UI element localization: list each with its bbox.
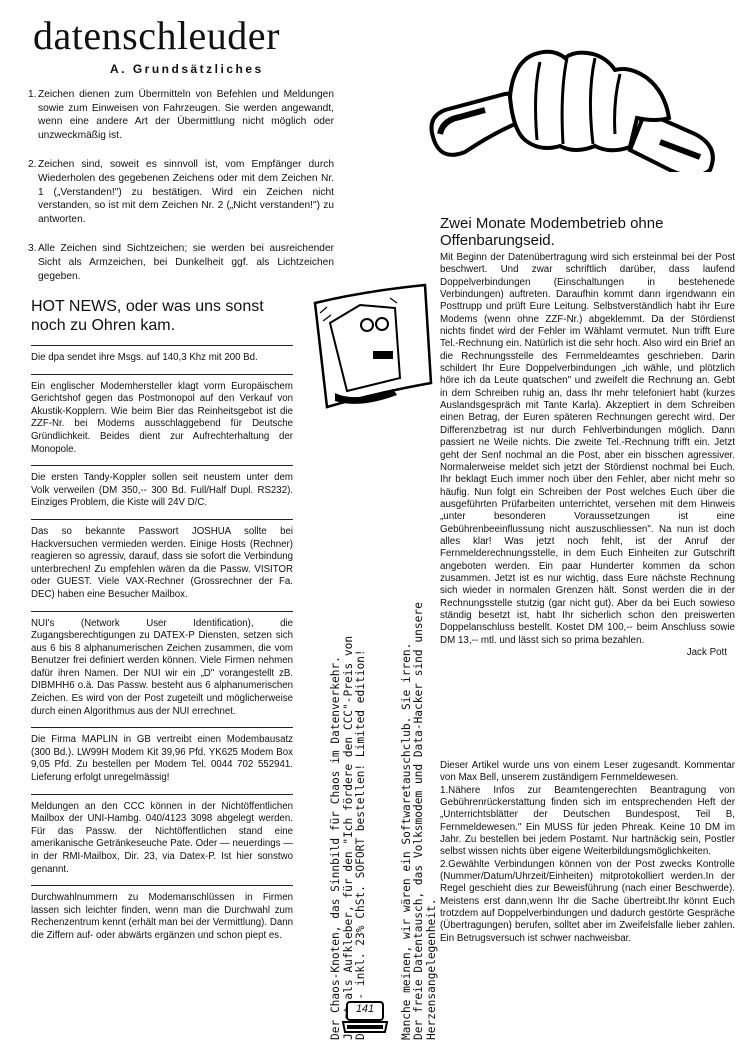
section-title: A. Grundsätzliches	[110, 62, 264, 76]
masthead-title: datenschleuder	[33, 14, 280, 58]
rule-item: 2. Zeichen sind, soweit es sinnvoll ist,…	[28, 158, 334, 226]
news-item: Das so bekannte Passwort JOSHUA sollte b…	[31, 519, 293, 611]
rule-number: 2.	[28, 158, 38, 226]
modem-icon	[305, 283, 435, 411]
rule-text: Zeichen sind, soweit es sinnvoll ist, vo…	[38, 158, 334, 226]
comment-intro: Dieser Artikel wurde uns von einem Leser…	[440, 760, 735, 785]
rule-item: 1. Zeichen dienen zum Übermitteln von Be…	[28, 88, 334, 142]
hot-news-title: HOT NEWS, oder was uns sonst noch zu Ohr…	[31, 297, 301, 335]
news-item: Ein englischer Modemhersteller klagt vor…	[31, 374, 293, 466]
news-item: Die Firma MAPLIN in GB vertreibt einen M…	[31, 727, 293, 793]
news-item: Meldungen an den CCC können in der Nicht…	[31, 794, 293, 886]
news-item: NUI's (Network User Identification), die…	[31, 611, 293, 728]
news-item: Die dpa sendet ihre Msgs. auf 140,3 Khz …	[31, 345, 293, 374]
page-number-computer: 141	[341, 1000, 389, 1034]
rule-number: 3.	[28, 242, 38, 283]
rule-text: Zeichen dienen zum Übermitteln von Befeh…	[38, 88, 334, 142]
hot-news-list: Die dpa sendet ihre Msgs. auf 140,3 Khz …	[31, 345, 293, 952]
news-item: Die ersten Tandy-Koppler sollen seit neu…	[31, 465, 293, 519]
rule-item: 3. Alle Zeichen sind Sichtzeichen; sie w…	[28, 242, 334, 283]
rule-text: Alle Zeichen sind Sichtzeichen; sie werd…	[38, 242, 334, 283]
note-line: Der freie Datentausch, das Volksmodem un…	[413, 602, 426, 1040]
article-body: Mit Beginn der Datenübertragung wird sic…	[440, 252, 735, 647]
note-line: Herzensangelegenheit.	[426, 602, 439, 1040]
fist-phone-illustration	[425, 22, 725, 172]
note-line: Der Chaos-Knoten, das Sinnbild für Chaos…	[330, 602, 343, 1040]
modem-illustration	[305, 283, 435, 411]
rule-number: 1.	[28, 88, 38, 142]
softwaretausch-note: Manche meinen, wir wären ein Softwaretau…	[401, 602, 439, 1040]
article-body-block: Mit Beginn der Datenübertragung wird sic…	[440, 252, 735, 659]
article-title: Zwei Monate Modembetrieb ohne Offenbarun…	[440, 215, 740, 249]
page-number: 141	[351, 1003, 379, 1015]
rules-list: 1. Zeichen dienen zum Übermitteln von Be…	[28, 88, 334, 299]
editor-comment: Dieser Artikel wurde uns von einem Leser…	[440, 760, 735, 945]
fist-phone-icon	[425, 22, 725, 172]
news-item: Durchwahlnummern zu Modemanschlüssen in …	[31, 885, 293, 951]
chaos-knoten-note: Der Chaos-Knoten, das Sinnbild für Chaos…	[330, 602, 368, 1040]
article-author: Jack Pott	[440, 647, 735, 659]
note-line: DM 10,- inkl. 23% ChSt. SOFORT bestellen…	[355, 602, 368, 1040]
comment-point-1: 1.Nähere Infos zur Beamtengerechten Bean…	[440, 785, 735, 859]
comment-point-2: 2.Gewählte Verbindungen können von der P…	[440, 859, 735, 945]
vertical-notes: Der Chaos-Knoten, das Sinnbild für Chaos…	[305, 602, 459, 1040]
